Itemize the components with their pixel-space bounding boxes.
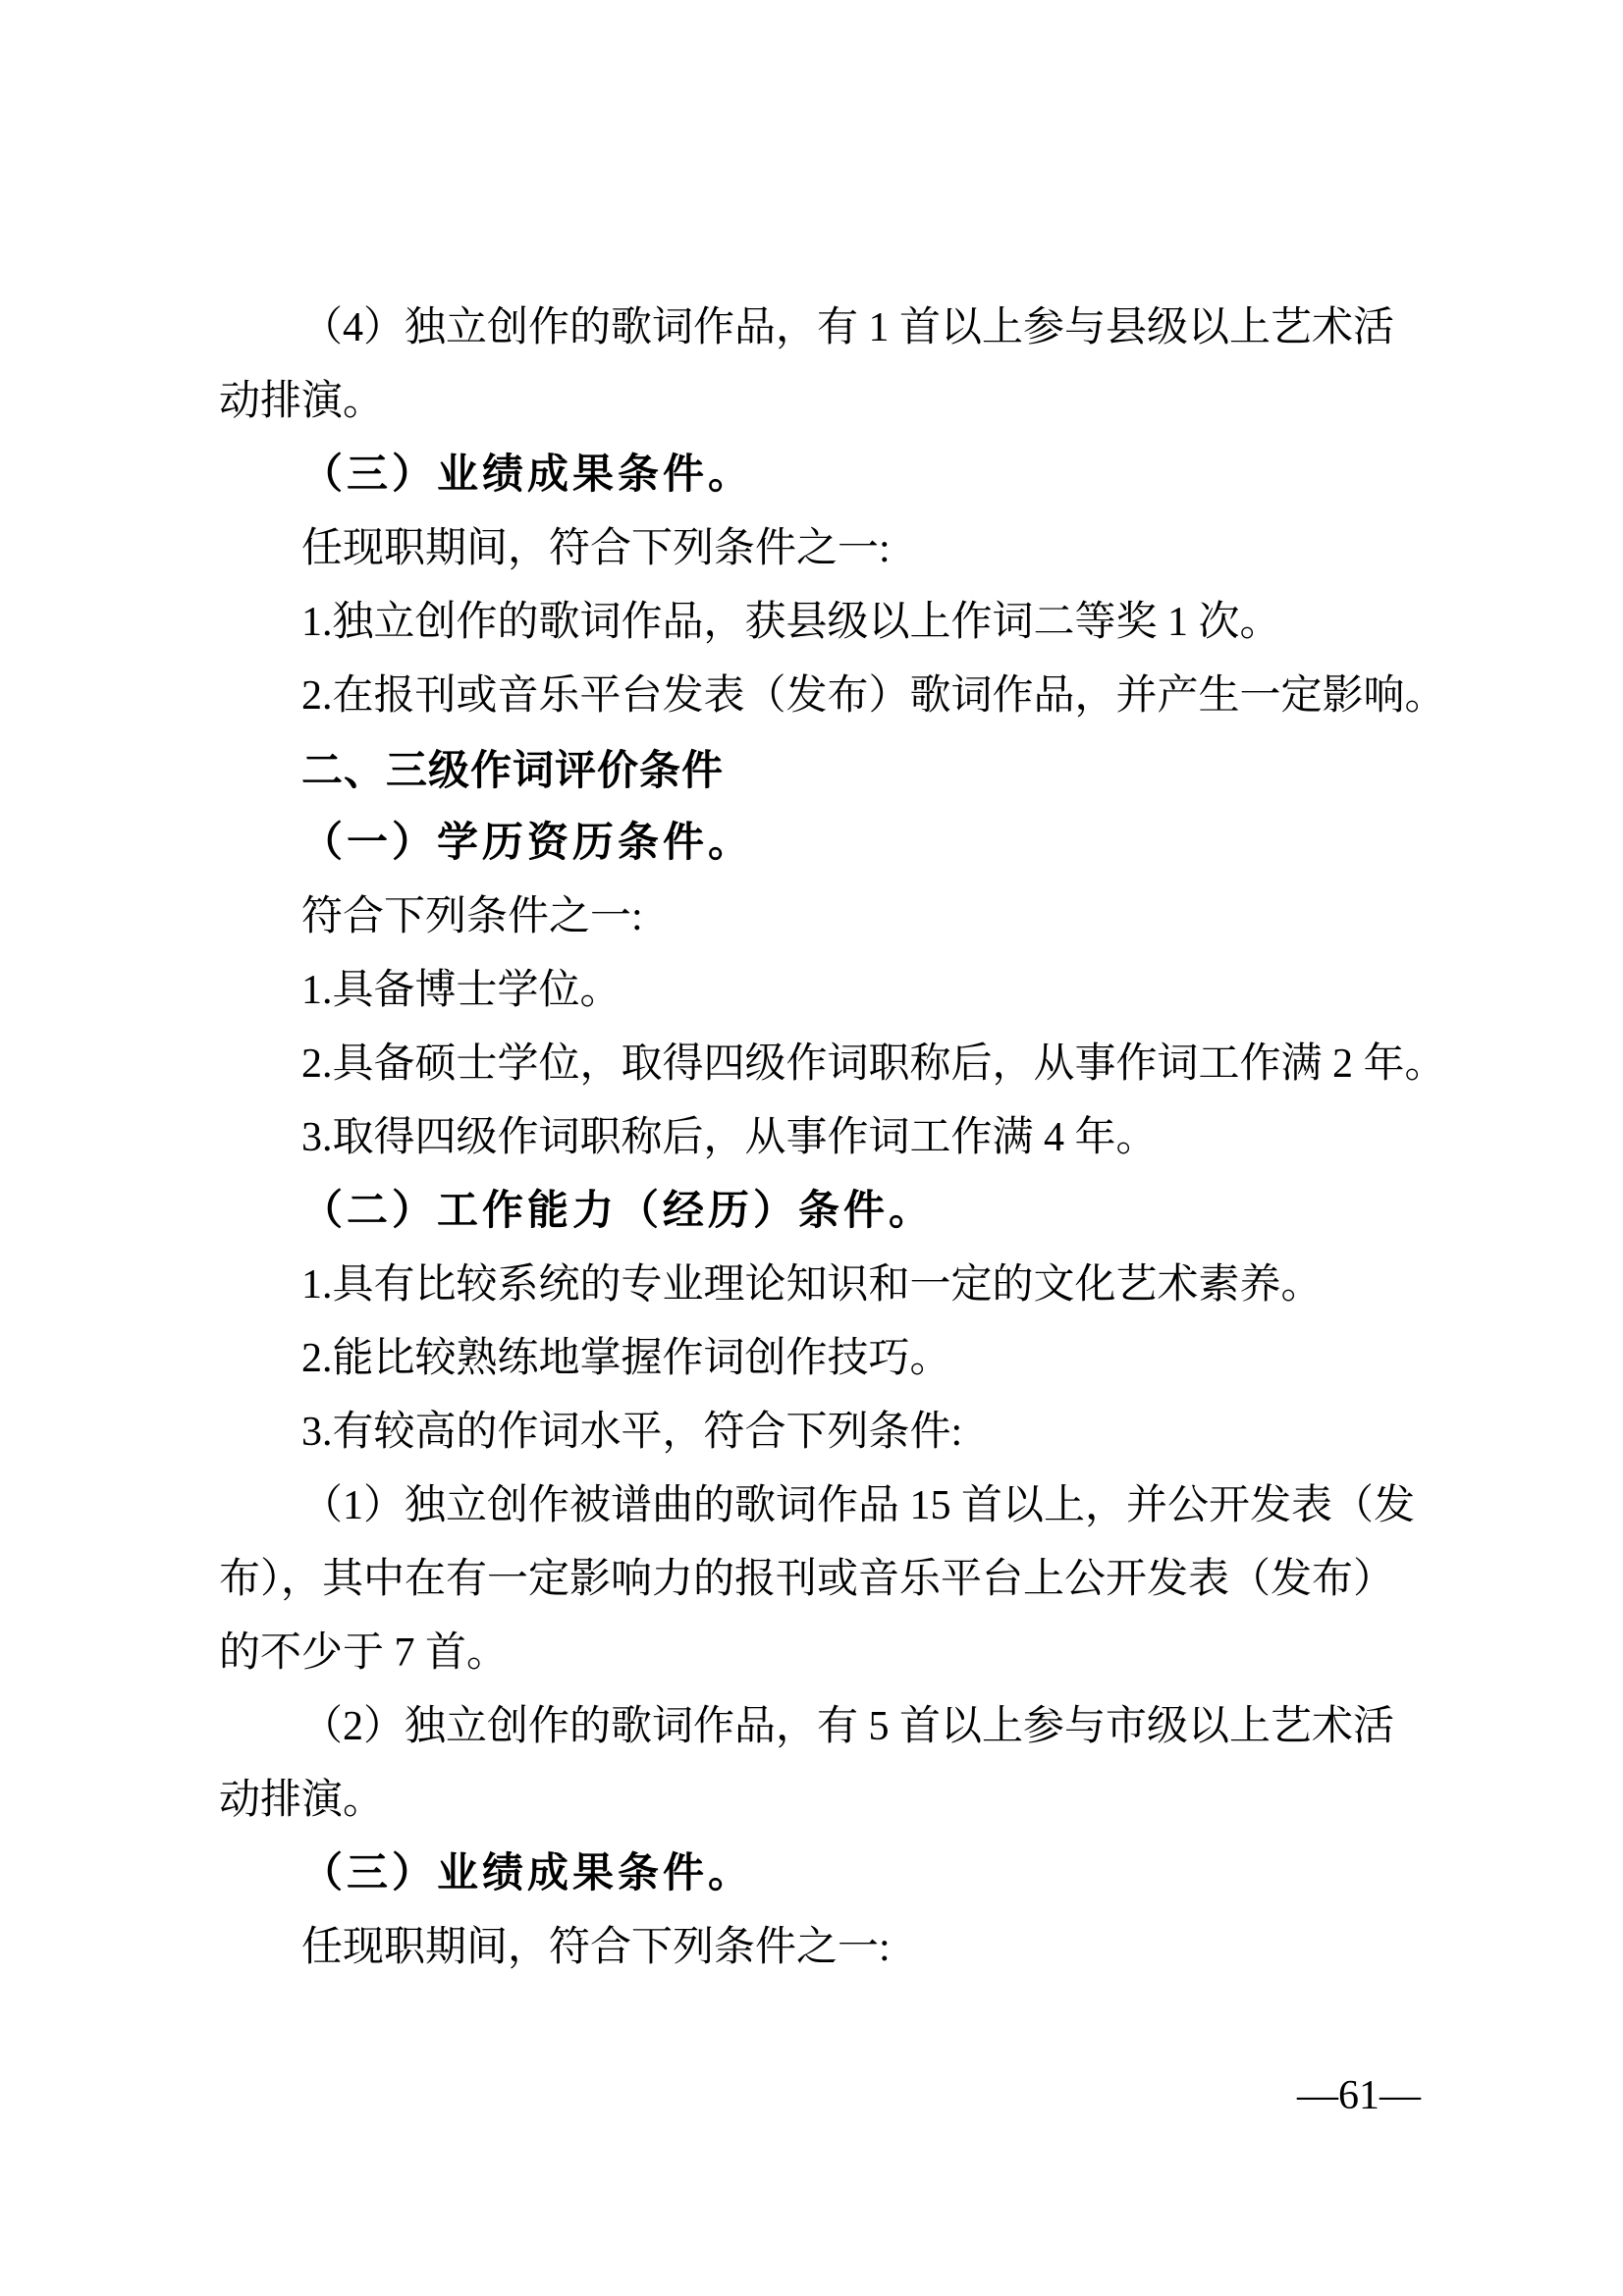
section-heading: （一）学历资历条件。 [219,807,1441,881]
body-line: 动排演。 [219,1764,1441,1838]
section-heading: （三）业绩成果条件。 [219,1838,1441,1911]
body-line: 2.具备硕士学位，取得四级作词职称后，从事作词工作满 2 年。 [219,1028,1441,1101]
body-line: 1.独立创作的歌词作品，获县级以上作词二等奖 1 次。 [219,586,1441,660]
body-line: 的不少于 7 首。 [219,1617,1441,1690]
body-line: 2.能比较熟练地掌握作词创作技巧。 [219,1322,1441,1396]
body-line: 3.取得四级作词职称后，从事作词工作满 4 年。 [219,1101,1441,1175]
section-heading: （二）工作能力（经历）条件。 [219,1175,1441,1249]
document-page: （4）独立创作的歌词作品，有 1 首以上参与县级以上艺术活 动排演。 （三）业绩… [0,0,1623,2296]
body-line: 任现职期间，符合下列条件之一: [219,1911,1441,1985]
body-line: 符合下列条件之一: [219,881,1441,954]
body-line: 1.具有比较系统的专业理论知识和一定的文化艺术素养。 [219,1249,1441,1322]
body-line: 3.有较高的作词水平，符合下列条件: [219,1396,1441,1469]
body-line: （4）独立创作的歌词作品，有 1 首以上参与县级以上艺术活 [219,292,1441,365]
document-body: （4）独立创作的歌词作品，有 1 首以上参与县级以上艺术活 动排演。 （三）业绩… [219,292,1441,1985]
body-line: （1）独立创作被谱曲的歌词作品 15 首以上，并公开发表（发 [219,1469,1441,1543]
body-line: 动排演。 [219,365,1441,439]
body-line: 1.具备博士学位。 [219,954,1441,1028]
body-line: 布），其中在有一定影响力的报刊或音乐平台上公开发表（发布） [219,1543,1441,1617]
chapter-heading: 二、三级作词评价条件 [219,733,1441,807]
body-line: 2.在报刊或音乐平台发表（发布）歌词作品，并产生一定影响。 [219,660,1441,733]
section-heading: （三）业绩成果条件。 [219,439,1441,512]
body-line: （2）独立创作的歌词作品，有 5 首以上参与市级以上艺术活 [219,1690,1441,1764]
body-line: 任现职期间，符合下列条件之一: [219,512,1441,586]
page-number: —61— [219,2059,1421,2133]
